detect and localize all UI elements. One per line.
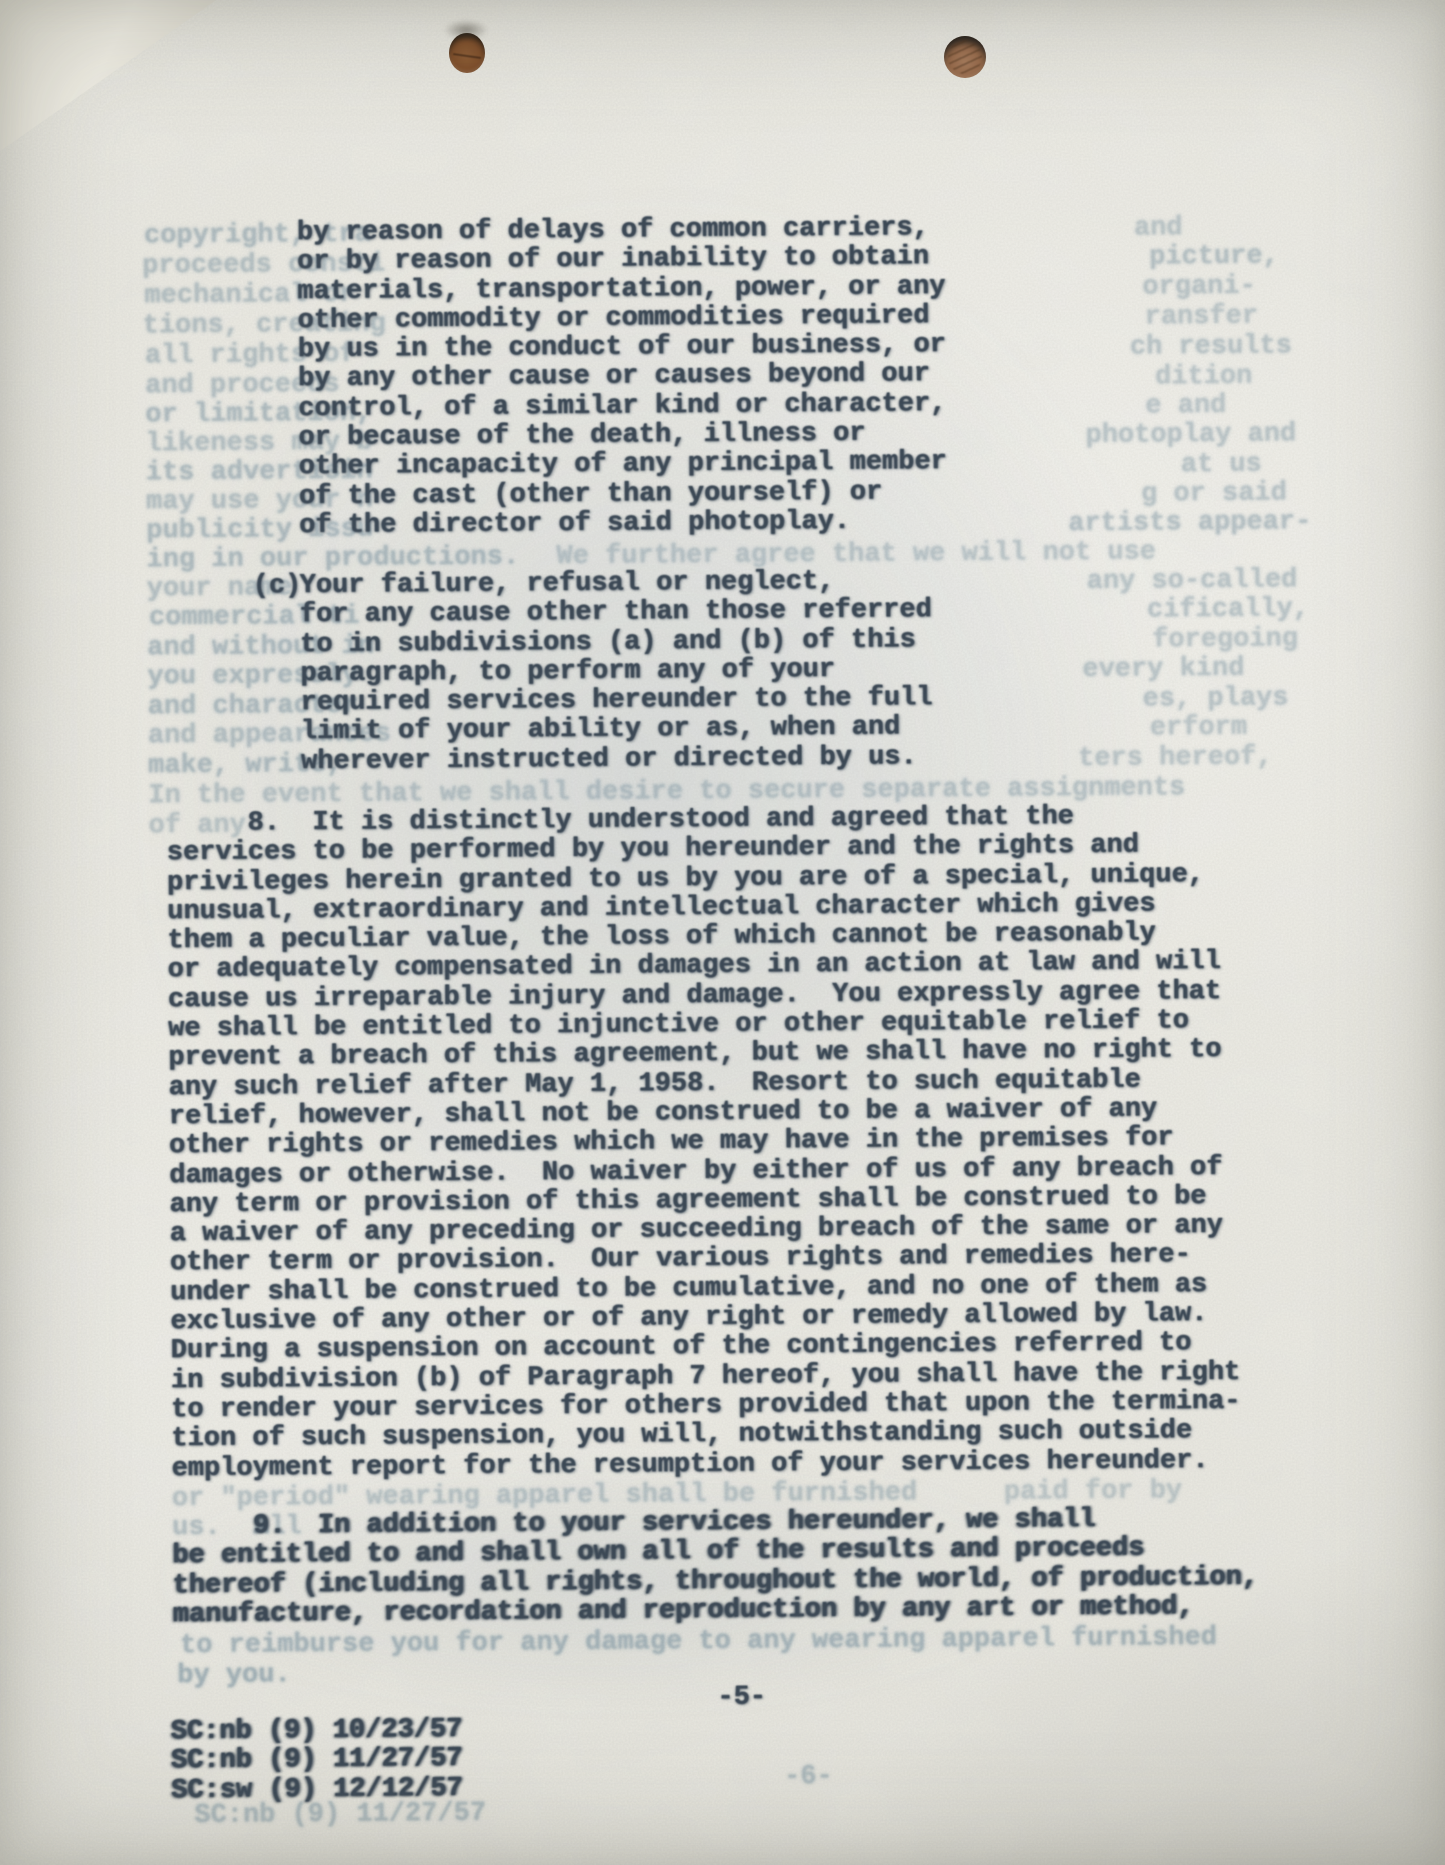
ghost-text-fragment: organi- [1142, 273, 1256, 303]
ghost-text-fragment: ch results [1130, 332, 1292, 363]
ghost-text-fragment: ters hereof, [1078, 743, 1273, 774]
ghost-text-fragment: cifically, [1147, 595, 1309, 626]
ghost-text-fragment: paid for by [1004, 1477, 1182, 1508]
ghost-text-fragment: artists appear- [1068, 508, 1311, 539]
punch-hole-right [944, 36, 986, 78]
clause-c-text: Your failure, refusal or neglect, for an… [300, 567, 933, 777]
ghost-text-fragment: g or said [1141, 479, 1287, 509]
ghost-text-fragment: every kind [1082, 655, 1244, 686]
typewritten-text-layer: copyright, traproceeds constimechanical … [0, 0, 1445, 1865]
paragraph-9-text: 9. In addition to your services hereunde… [172, 1505, 1258, 1631]
clause-c-label: (c) [253, 572, 302, 602]
ghost-text-fragment: dition [1155, 363, 1252, 393]
document-photo: copyright, traproceeds constimechanical … [0, 0, 1445, 1865]
ghost-text-fragment: foregoing [1152, 625, 1298, 655]
ghost-text-fragment: photoplay and [1085, 420, 1296, 451]
page-number: -5- [717, 1684, 766, 1714]
ghost-text-fragment: and [1134, 214, 1183, 244]
ghost-text-fragment: to reimburse you for any damage to any w… [180, 1624, 1217, 1661]
subdivision-b-continuation-text: by reason of delays of common carriers, … [297, 214, 948, 541]
typist-reference-marks: SC:nb (9) 10/23/57 SC:nb (9) 11/27/57 SC… [171, 1716, 463, 1806]
ghost-text-fragment: any so-called [1087, 566, 1298, 597]
paragraph-8-text: 8. It is distinctly understood and agree… [166, 802, 1241, 1484]
ghost-text-fragment: at us [1181, 451, 1262, 481]
ghost-text-fragment: by you. [177, 1661, 291, 1691]
ghost-text-fragment: -6- [784, 1763, 833, 1793]
ghost-text-fragment: e and [1145, 392, 1226, 422]
ghost-text-fragment: erform [1150, 714, 1247, 744]
ghost-text-fragment: ransfer [1145, 303, 1259, 333]
ghost-text-fragment: es, plays [1143, 684, 1289, 714]
punch-hole-left [449, 33, 485, 73]
ghost-text-fragment: picture, [1149, 242, 1279, 272]
